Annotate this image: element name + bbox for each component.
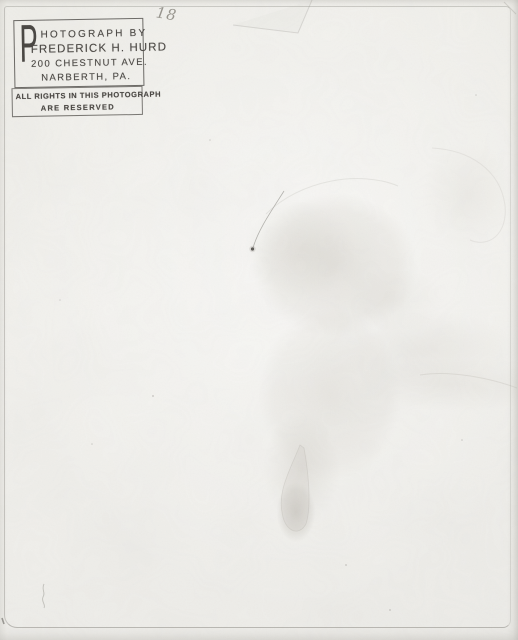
stamp-line-rights: ALL RIGHTS IN THIS PHOTOGRAPH [16,90,140,101]
stamp-rights-box: ALL RIGHTS IN THIS PHOTOGRAPH ARE RESERV… [11,86,142,117]
stamp-line-photographer-name: FREDERICK H. HURD [31,42,141,56]
stamp-line-street-address: 200 CHESTNUT AVE. [31,57,141,70]
stamp-line-reserved: ARE RESERVED [16,102,140,113]
stamp-line-photograph-by: HOTOGRAPH BY [40,28,139,41]
handwritten-number: 18 [155,3,179,24]
stamp-line-city-state: NARBERTH, PA. [31,71,141,84]
stamp-address-box: P HOTOGRAPH BY FREDERICK H. HURD 200 CHE… [13,18,144,88]
photograph-back-scan: P HOTOGRAPH BY FREDERICK H. HURD 200 CHE… [0,0,518,640]
